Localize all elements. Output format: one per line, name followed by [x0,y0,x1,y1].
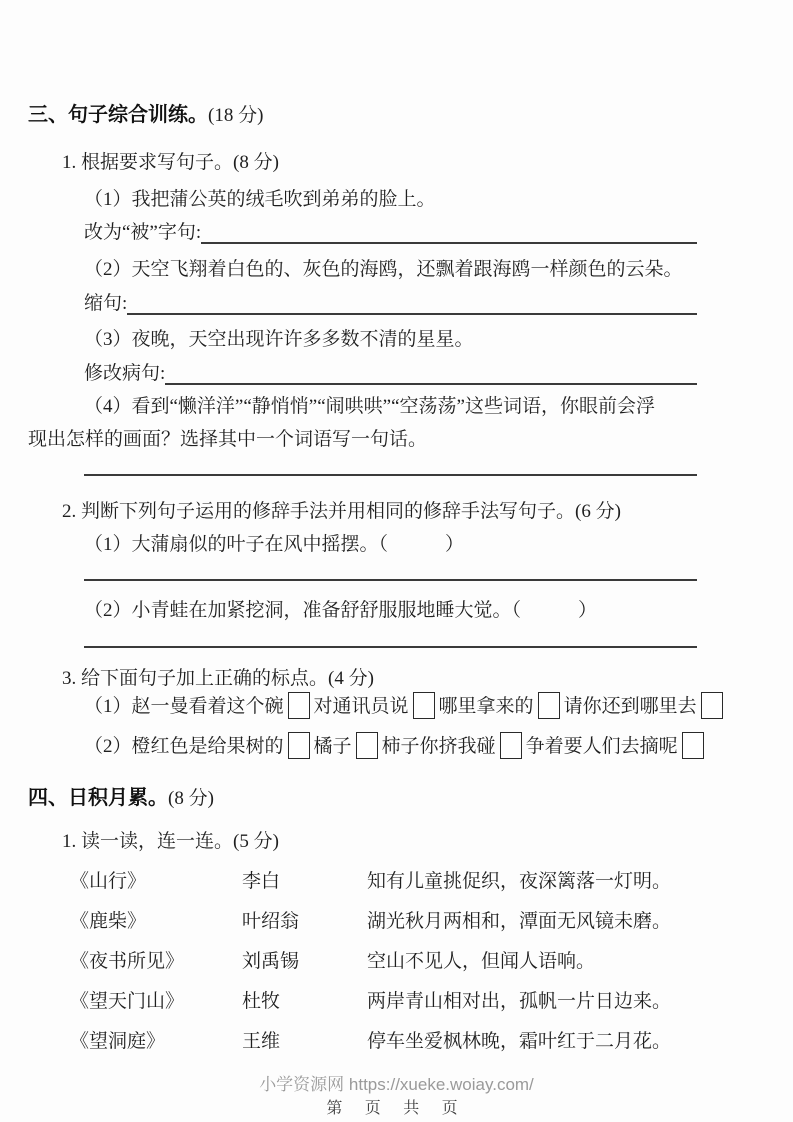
poem-author: 王维 [242,1029,367,1055]
answer-line [84,474,697,476]
answer-line [84,579,697,581]
q3-sub1-segment: 对通讯员说 [314,696,409,717]
poem-title: 《望洞庭》 [70,1029,242,1055]
poem-author: 叶绍翁 [242,909,367,935]
q3-sub2-segment: 橘子 [314,736,352,757]
q2-sub2-text: （2）小青蛙在加紧挖洞，准备舒舒服服地睡大觉。（ ） [84,598,793,624]
q3-sub2-segment: 橙红色是给果树的 [132,736,284,757]
punctuation-box [288,692,310,719]
punctuation-box [701,692,723,719]
q3-sub2-segment: 柿子你挤我碰 [382,736,496,757]
q1-sub1-label: 改为“被”字句: [84,220,201,246]
answer-line [84,646,697,648]
q3-sub1-row: （1）赵一曼看着这个碗对通讯员说哪里拿来的请你还到哪里去 [84,692,793,722]
poem-author: 杜牧 [242,989,367,1015]
answer-line [165,361,697,385]
answer-line [201,220,697,244]
poem-verse: 空山不见人，但闻人语响。 [367,949,753,975]
s4-q1-title: 1. 读一读，连一连。(5 分) [62,829,793,855]
q1-sub3-answer-row: 修改病句: [84,361,697,387]
answer-line [127,291,697,315]
poem-verse: 两岸青山相对出，孤帆一片日边来。 [367,989,753,1015]
section4-title: 四、日积月累。 [28,787,168,809]
test-paper-page: 三、句子综合训练。(18 分) 1. 根据要求写句子。(8 分) （1）我把蒲公… [0,0,793,1122]
q1-sub1-answer-row: 改为“被”字句: [84,220,697,246]
poem-row: 《山行》 李白 知有儿童挑促织，夜深篱落一灯明。 [70,862,753,902]
poem-author: 李白 [242,869,367,895]
poem-title: 《山行》 [70,869,242,895]
q1-sub3-text: （3）夜晚，天空出现许许多多数不清的星星。 [84,327,793,353]
q1-sub2-answer-row: 缩句: [84,291,697,317]
page-number-line: 第 页 共 页 [0,1098,793,1120]
punctuation-box [682,732,704,759]
poem-title: 《望天门山》 [70,989,242,1015]
poem-title: 《鹿柴》 [70,909,242,935]
poem-title: 《夜书所见》 [70,949,242,975]
section3-title: 三、句子综合训练。 [28,104,208,126]
q3-sub2-row: （2）橙红色是给果树的橘子柿子你挤我碰争着要人们去摘呢 [84,732,793,762]
q3-sub2-segment: 争着要人们去摘呢 [526,736,678,757]
punctuation-box [538,692,560,719]
poem-verse: 湖光秋月两相和，潭面无风镜未磨。 [367,909,753,935]
punctuation-box [500,732,522,759]
q3-sub1-prefix: （1） [84,696,132,717]
q3-title: 3. 给下面句子加上正确的标点。(4 分) [62,666,793,692]
punctuation-box [413,692,435,719]
q1-sub2-text: （2）天空飞翔着白色的、灰色的海鸥，还飘着跟海鸥一样颜色的云朵。 [84,257,793,283]
section3-heading: 三、句子综合训练。(18 分) [28,102,793,129]
q2-title: 2. 判断下列句子运用的修辞手法并用相同的修辞手法写句子。(6 分) [62,499,793,525]
punctuation-box [288,732,310,759]
q1-sub3-label: 修改病句: [84,361,165,387]
poem-verse: 停车坐爱枫林晚，霜叶红于二月花。 [367,1029,753,1055]
punctuation-box [356,732,378,759]
section3-points: (18 分) [208,105,263,126]
q2-sub1-text: （1）大蒲扇似的叶子在风中摇摆。（ ） [84,532,793,558]
q1-sub1-text: （1）我把蒲公英的绒毛吹到弟弟的脸上。 [84,187,793,213]
poem-row: 《望天门山》 杜牧 两岸青山相对出，孤帆一片日边来。 [70,982,753,1022]
watermark-site-url: 小学资源网 https://xueke.woiay.com/ [0,1074,793,1096]
q3-sub1-segment: 哪里拿来的 [439,696,534,717]
poem-row: 《夜书所见》 刘禹锡 空山不见人，但闻人语响。 [70,942,753,982]
q3-sub2-prefix: （2） [84,736,132,757]
section4-points: (8 分) [168,788,214,809]
poem-row: 《鹿柴》 叶绍翁 湖光秋月两相和，潭面无风镜未磨。 [70,902,753,942]
q1-sub2-label: 缩句: [84,291,127,317]
poem-verse: 知有儿童挑促织，夜深篱落一灯明。 [367,869,753,895]
section4-heading: 四、日积月累。(8 分) [28,785,793,812]
poem-author: 刘禹锡 [242,949,367,975]
q1-sub4-line2: 现出怎样的画面？选择其中一个词语写一句话。 [28,427,793,453]
q3-sub1-segment: 赵一曼看着这个碗 [132,696,284,717]
q1-title: 1. 根据要求写句子。(8 分) [62,150,793,176]
q3-sub1-segment: 请你还到哪里去 [564,696,697,717]
poem-row: 《望洞庭》 王维 停车坐爱枫林晚，霜叶红于二月花。 [70,1022,753,1062]
matching-exercise: 《山行》 李白 知有儿童挑促织，夜深篱落一灯明。 《鹿柴》 叶绍翁 湖光秋月两相… [70,862,753,1062]
q1-sub4-line1: （4）看到“懒洋洋”“静悄悄”“闹哄哄”“空荡荡”这些词语，你眼前会浮 [84,394,793,420]
